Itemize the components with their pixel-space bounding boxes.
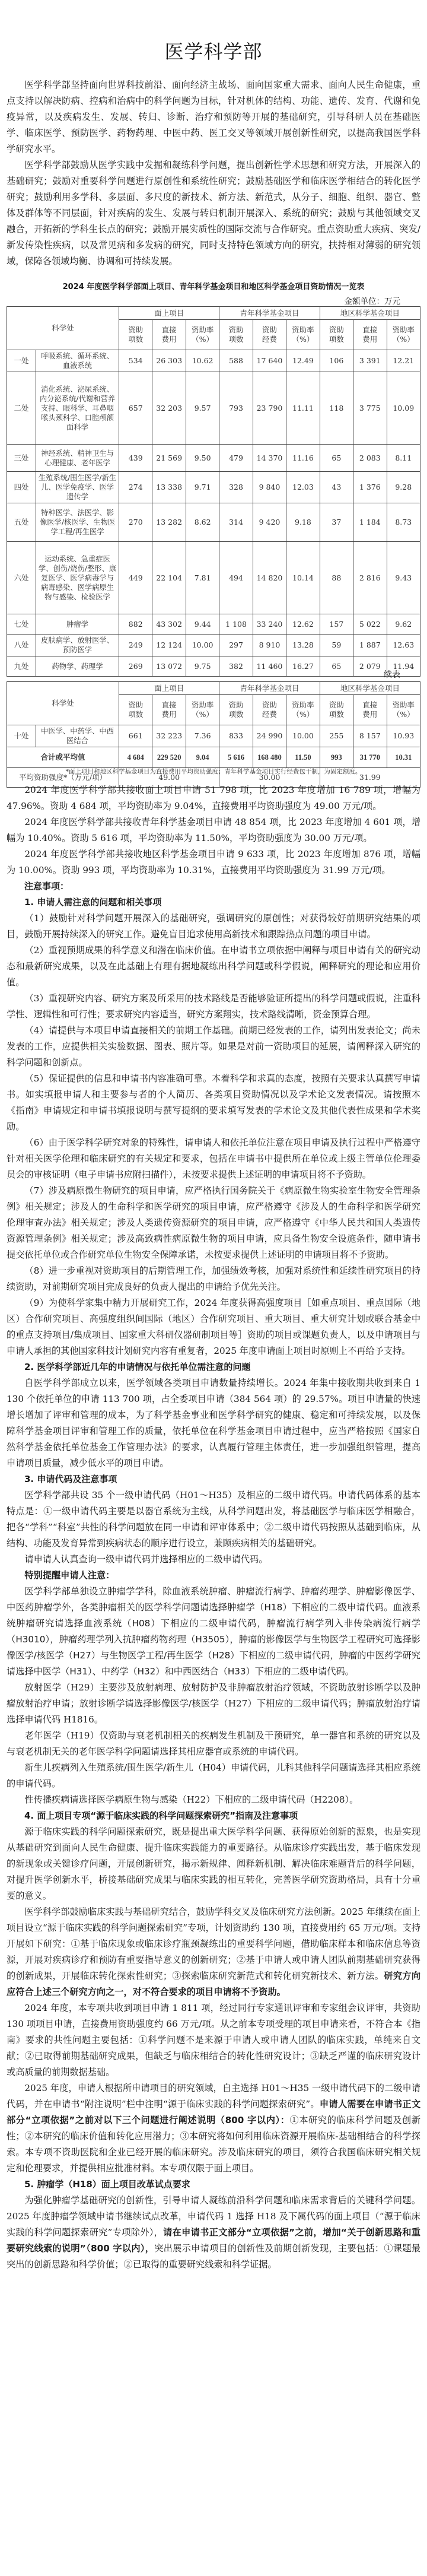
value-cell: 12.21 bbox=[387, 350, 420, 372]
page-title: 医学科学部 bbox=[7, 37, 420, 64]
value-cell: 439 bbox=[119, 445, 152, 472]
value-cell: 23 790 bbox=[253, 372, 286, 445]
section3-paragraph: 医学科学部共设 35 个一级申请代码（H01～H35）及相应的二级申请代码。申请… bbox=[7, 1487, 420, 1552]
section3-paragraph: 请申请人认真查询一级申请代码并选择相应的二级申请代码。 bbox=[7, 1552, 420, 1568]
value-cell: 32 223 bbox=[152, 725, 186, 747]
subheader: 直接费用 bbox=[353, 320, 387, 350]
value-cell: 9.50 bbox=[186, 445, 219, 472]
value-cell: 11.16 bbox=[286, 445, 320, 472]
value-cell: 11 460 bbox=[253, 656, 286, 677]
value-cell: 274 bbox=[119, 472, 152, 503]
value-cell: 269 bbox=[119, 656, 152, 677]
section3-paragraph: 放射医学（H29）主要涉及放射病理、放射防护及非肿瘤放射治疗领域，不资助放射诊断… bbox=[7, 1680, 420, 1728]
value-cell: 9.62 bbox=[387, 614, 420, 635]
total-row: 合计或平均值 4 684 229 520 9.04 5 616 168 480 … bbox=[7, 747, 420, 768]
section3-paragraph: 性传播疾病请选择医学病原生物与感染（H22）下相应的二级申请代码（H2208）。 bbox=[7, 1792, 420, 1808]
division-cell: 五处 bbox=[7, 503, 36, 542]
section1-item: （6）由于医学科学研究对象的特殊性，请申请人和依托单位注意在项目申请及执行过程中… bbox=[7, 1135, 420, 1183]
value-cell: 249 bbox=[119, 635, 152, 656]
section3-oncology-note: 医学科学部单独设立肿瘤学学科，除血液系统肿瘤、肿瘤流行病学、肿瘤药理学、肿瘤影像… bbox=[7, 1584, 420, 1680]
value-cell: 1 108 bbox=[219, 614, 253, 635]
areas-cell: 皮肤病学、放射医学、预防医学 bbox=[36, 635, 119, 656]
value-cell: 10.62 bbox=[186, 350, 219, 372]
value-cell: 833 bbox=[219, 725, 253, 747]
value-cell: 270 bbox=[119, 503, 152, 542]
value-cell: 1 184 bbox=[353, 503, 387, 542]
value-cell: 43 bbox=[320, 472, 353, 503]
value-cell: 7.36 bbox=[186, 725, 219, 747]
table-row: 一处呼吸系统、循环系统、血液系统53426 30310.6258817 6401… bbox=[7, 350, 420, 372]
notes-heading: 注意事项： bbox=[7, 878, 420, 894]
value-cell: 13 338 bbox=[152, 472, 186, 503]
subheader: 资助项数 bbox=[119, 695, 152, 725]
subheader: 直接费用 bbox=[152, 320, 186, 350]
total-label: 合计或平均值 bbox=[7, 747, 119, 768]
table-unit: 金额单位：万元 bbox=[345, 294, 401, 306]
table-caption: 2024 年度医学科学部面上项目、青年科学基金项目和地区科学基金项目资助情况一览… bbox=[7, 280, 420, 291]
value-cell: 12.62 bbox=[286, 614, 320, 635]
section3-paragraph: 新生儿疾病列入生殖系统/围生医学/新生儿（H04）申请代码，儿科其他科学问题请选… bbox=[7, 1760, 420, 1792]
value-cell: 14 820 bbox=[253, 542, 286, 614]
value-cell: 9 420 bbox=[253, 503, 286, 542]
value-cell: 9 840 bbox=[253, 472, 286, 503]
value-cell: 449 bbox=[119, 542, 152, 614]
subheader: 资助项数 bbox=[320, 695, 353, 725]
value-cell: 33 240 bbox=[253, 614, 286, 635]
value-cell: 793 bbox=[219, 372, 253, 445]
section1-item: （9）为使科学家集中精力开展研究工作，2024 年度获得高强度项目［如重点项目、… bbox=[7, 1295, 420, 1359]
value-cell: 24 990 bbox=[253, 725, 286, 747]
section1-item: （3）重视研究内容、研究方案及所采用的技术路线是否能够验证所提出的科学问题或假说… bbox=[7, 991, 420, 1023]
section2-text: 自医学科学部成立以来，医学领域各类项目申请数量持续增长。2024 年集中接收期共… bbox=[7, 1375, 420, 1471]
header-division: 科学处 bbox=[7, 307, 119, 350]
table-row: 四处生殖系统/围生医学/新生儿、医学免疫学、医学遗传学27413 3389.71… bbox=[7, 472, 420, 503]
value-cell: 1 376 bbox=[353, 472, 387, 503]
value-cell: 13.28 bbox=[286, 635, 320, 656]
division-cell: 四处 bbox=[7, 472, 36, 503]
section4-paragraph: 2024 年度，本专项共收到项目申请 1 811 项，经过同行专家通讯评审和专家… bbox=[7, 2000, 420, 2080]
value-cell: 13 282 bbox=[152, 503, 186, 542]
value-cell: 479 bbox=[219, 445, 253, 472]
section1-item: （2）重视预期成果的科学意义和潜在临床价值。在申请书立项依据中阐释与项目申请有关… bbox=[7, 943, 420, 991]
value-cell: 494 bbox=[219, 542, 253, 614]
intro-paragraph-1: 医学科学部坚持面向世界科技前沿、面向经济主战场、面向国家重大需求、面向人民生命健… bbox=[7, 77, 420, 157]
areas-cell: 特种医学、法医学、影像医学/核医学、生物医学工程/再生医学 bbox=[36, 503, 119, 542]
value-cell: 297 bbox=[219, 635, 253, 656]
section1-item: （8）进一步重视对资助项目的后期管理工作，加强绩效考核，加强对系统性和延续性研究… bbox=[7, 1263, 420, 1295]
section5-heading: 5. 肿瘤学（H18）面上项目改革试点要求 bbox=[7, 2177, 420, 2193]
subheader: 资助率（%） bbox=[387, 695, 420, 725]
header-division: 科学处 bbox=[7, 682, 119, 725]
value-cell: 14 370 bbox=[253, 445, 286, 472]
section4-paragraph: 2025 年度，申请人根据所申请项目的研究领域，自主选择 H01～H35 一级申… bbox=[7, 2080, 420, 2177]
value-cell: 11.11 bbox=[286, 372, 320, 445]
value-cell: 10.93 bbox=[387, 725, 420, 747]
value-cell: 657 bbox=[119, 372, 152, 445]
value-cell: 5 022 bbox=[353, 614, 387, 635]
continued-label: 续表 bbox=[384, 668, 400, 680]
value-cell: 10.00 bbox=[286, 725, 320, 747]
subheader: 资助率（%） bbox=[186, 695, 219, 725]
value-cell: 9.18 bbox=[286, 503, 320, 542]
value-cell: 8.11 bbox=[387, 445, 420, 472]
table-body-continued: 十处中医学、中药学、中西医结合66132 2237.3683324 99010.… bbox=[7, 725, 420, 747]
areas-cell: 神经系统、精神卫生与心理健康、老年医学 bbox=[36, 445, 119, 472]
value-cell: 10.14 bbox=[286, 542, 320, 614]
value-cell: 3 775 bbox=[353, 372, 387, 445]
value-cell: 13 072 bbox=[152, 656, 186, 677]
table-footnote: *面上项目和地区科学基金项目为直接费用平均资助强度；青年科学基金项目实行经费包干… bbox=[7, 767, 420, 776]
value-cell: 88 bbox=[320, 542, 353, 614]
header-group-general: 面上项目 bbox=[119, 682, 219, 695]
table-row: 五处特种医学、法医学、影像医学/核医学、生物医学工程/再生医学27013 282… bbox=[7, 503, 420, 542]
division-cell: 六处 bbox=[7, 542, 36, 614]
value-cell: 12.63 bbox=[387, 635, 420, 656]
areas-cell: 药物学、药理学 bbox=[36, 656, 119, 677]
value-cell: 59 bbox=[320, 635, 353, 656]
subheader: 资助率（%） bbox=[286, 695, 320, 725]
header-group-regional: 地区科学基金项目 bbox=[320, 307, 420, 320]
value-cell: 157 bbox=[320, 614, 353, 635]
areas-cell: 消化系统、泌尿系统、内分泌系统/代谢和营养支持、眼科学、耳鼻咽喉头颈科学、口腔颅… bbox=[36, 372, 119, 445]
subheader: 资助率（%） bbox=[186, 320, 219, 350]
value-cell: 17 640 bbox=[253, 350, 286, 372]
subheader: 资助经费 bbox=[253, 695, 286, 725]
section3-paragraph: 老年医学（H19）仅资助与衰老机制相关的疾病发生机制及干预研究，单一器官和系统的… bbox=[7, 1728, 420, 1760]
value-cell: 328 bbox=[219, 472, 253, 503]
value-cell: 534 bbox=[119, 350, 152, 372]
value-cell: 2 816 bbox=[353, 542, 387, 614]
value-cell: 37 bbox=[320, 503, 353, 542]
value-cell: 10.09 bbox=[387, 372, 420, 445]
value-cell: 255 bbox=[320, 725, 353, 747]
value-cell: 2 079 bbox=[353, 656, 387, 677]
value-cell: 9.44 bbox=[186, 614, 219, 635]
division-cell: 八处 bbox=[7, 635, 36, 656]
areas-cell: 运动系统、急重症医学、创伤/烧伤/整形、康复医学、医学病毒学与病毒感染、医学病原… bbox=[36, 542, 119, 614]
table-row: 十处中医学、中药学、中西医结合66132 2237.3683324 99010.… bbox=[7, 725, 420, 747]
areas-cell: 生殖系统/围生医学/新生儿、医学免疫学、医学遗传学 bbox=[36, 472, 119, 503]
header-group-youth: 青年科学基金项目 bbox=[219, 682, 320, 695]
value-cell: 65 bbox=[320, 656, 353, 677]
value-cell: 588 bbox=[219, 350, 253, 372]
division-cell: 九处 bbox=[7, 656, 36, 677]
section1-item: （5）保证提供的信息和申请书内容准确可靠。本着科学和求真的态度，按照有关要求认真… bbox=[7, 1071, 420, 1135]
subheader: 资助率（%） bbox=[387, 320, 420, 350]
section3-heading: 3. 申请代码及注意事项 bbox=[7, 1471, 420, 1487]
stats-general: 2024 年度医学科学部共接收面上项目申请 51 798 项，比 2023 年度… bbox=[7, 782, 420, 814]
subheader: 资助项数 bbox=[320, 320, 353, 350]
section1-item: （1）鼓励针对科学问题开展深入的基础研究，强调研究的原创性；对获得较好前期研究结… bbox=[7, 911, 420, 943]
stats-regional: 2024 年度医学科学部共接收地区科学基金项目申请 9 633 项，比 2023… bbox=[7, 846, 420, 878]
header-group-youth: 青年科学基金项目 bbox=[219, 307, 320, 320]
value-cell: 21 569 bbox=[152, 445, 186, 472]
division-cell: 一处 bbox=[7, 350, 36, 372]
header-group-general: 面上项目 bbox=[119, 307, 219, 320]
section4-heading: 4. 面上项目专项“源于临床实践的科学问题探索研究”指南及注意事项 bbox=[7, 1808, 420, 1824]
value-cell: 9.28 bbox=[387, 472, 420, 503]
division-cell: 三处 bbox=[7, 445, 36, 472]
subheader: 直接费用 bbox=[152, 695, 186, 725]
table-row: 二处消化系统、泌尿系统、内分泌系统/代谢和营养支持、眼科学、耳鼻咽喉头颈科学、口… bbox=[7, 372, 420, 445]
value-cell: 8.62 bbox=[186, 503, 219, 542]
value-cell: 314 bbox=[219, 503, 253, 542]
value-cell: 65 bbox=[320, 445, 353, 472]
section1-item: （4）请提供与本项目申请直接相关的前期工作基础。前期已经发表的工作，请列出发表论… bbox=[7, 1023, 420, 1071]
section3-reminder-heading: 特别提醒申请人注意： bbox=[7, 1568, 420, 1584]
intro-section: 医学科学部坚持面向世界科技前沿、面向经济主战场、面向国家重大需求、面向人民生命健… bbox=[7, 77, 420, 269]
value-cell: 382 bbox=[219, 656, 253, 677]
value-cell: 12.49 bbox=[286, 350, 320, 372]
value-cell: 8.73 bbox=[387, 503, 420, 542]
division-cell: 十处 bbox=[7, 725, 36, 747]
value-cell: 882 bbox=[119, 614, 152, 635]
value-cell: 32 203 bbox=[152, 372, 186, 445]
value-cell: 1 887 bbox=[353, 635, 387, 656]
areas-cell: 呼吸系统、循环系统、血液系统 bbox=[36, 350, 119, 372]
subheader: 资助项数 bbox=[219, 320, 253, 350]
table-row: 六处运动系统、急重症医学、创伤/烧伤/整形、康复医学、医学病毒学与病毒感染、医学… bbox=[7, 542, 420, 614]
subheader: 资助项数 bbox=[119, 320, 152, 350]
value-cell: 118 bbox=[320, 372, 353, 445]
value-cell: 22 104 bbox=[152, 542, 186, 614]
subheader: 直接费用 bbox=[353, 695, 387, 725]
table-row: 七处肿瘤学88243 3029.441 10833 24012.621575 0… bbox=[7, 614, 420, 635]
value-cell: 12.03 bbox=[286, 472, 320, 503]
value-cell: 9.43 bbox=[387, 542, 420, 614]
value-cell: 661 bbox=[119, 725, 152, 747]
table-row: 九处药物学、药理学26913 0729.7538211 46016.27652 … bbox=[7, 656, 420, 677]
table-row: 三处神经系统、精神卫生与心理健康、老年医学43921 5699.5047914 … bbox=[7, 445, 420, 472]
subheader: 资助项数 bbox=[219, 695, 253, 725]
value-cell: 43 302 bbox=[152, 614, 186, 635]
table-body: 一处呼吸系统、循环系统、血液系统53426 30310.6258817 6401… bbox=[7, 350, 420, 677]
subheader: 资助率（%） bbox=[286, 320, 320, 350]
value-cell: 106 bbox=[320, 350, 353, 372]
section5-paragraph: 为强化肿瘤学基础研究的创新性，引导申请人凝练前沿科学问题和临床需求背后的关键科学… bbox=[7, 2193, 420, 2273]
value-cell: 9.57 bbox=[186, 372, 219, 445]
value-cell: 3 391 bbox=[353, 350, 387, 372]
value-cell: 10.00 bbox=[186, 635, 219, 656]
table-row: 八处皮肤病学、放射医学、预防医学24912 12410.002978 91013… bbox=[7, 635, 420, 656]
value-cell: 12 124 bbox=[152, 635, 186, 656]
division-cell: 二处 bbox=[7, 372, 36, 445]
areas-cell: 中医学、中药学、中西医结合 bbox=[36, 725, 119, 747]
stats-youth: 2024 年度医学科学部共接收青年科学基金项目申请 48 854 项，比 202… bbox=[7, 814, 420, 846]
value-cell: 9.71 bbox=[186, 472, 219, 503]
value-cell: 8 157 bbox=[353, 725, 387, 747]
subheader: 资助经费 bbox=[253, 320, 286, 350]
areas-cell: 肿瘤学 bbox=[36, 614, 119, 635]
value-cell: 2 083 bbox=[353, 445, 387, 472]
section1-item: （7）涉及病原微生物研究的项目申请，应严格执行国务院关于《病原微生物实验室生物安… bbox=[7, 1183, 420, 1263]
body-text: 2024 年度医学科学部共接收面上项目申请 51 798 项，比 2023 年度… bbox=[7, 782, 420, 2273]
value-cell: 9.75 bbox=[186, 656, 219, 677]
funding-table: 科学处 面上项目 青年科学基金项目 地区科学基金项目 资助项数 直接费用 资助率… bbox=[7, 306, 420, 677]
section4-paragraph: 源于临床实践的科学问题探索研究，既是提出重大医学科学问题、获得原始创新的源泉，也… bbox=[7, 1824, 420, 1904]
intro-paragraph-2: 医学科学部鼓励从医学实践中发掘和凝练科学问题，提出创新性学术思想和研究方法，开展… bbox=[7, 157, 420, 269]
section2-heading: 2. 医学科学部近几年的申请情况与依托单位需注意的问题 bbox=[7, 1359, 420, 1375]
division-cell: 七处 bbox=[7, 614, 36, 635]
section4-paragraph: 医学科学部鼓励临床实践与基础研究结合，鼓励学科交叉及临床研究方法创新。2025 … bbox=[7, 1904, 420, 2000]
value-cell: 16.27 bbox=[286, 656, 320, 677]
value-cell: 8 910 bbox=[253, 635, 286, 656]
header-group-regional: 地区科学基金项目 bbox=[320, 682, 420, 695]
value-cell: 7.81 bbox=[186, 542, 219, 614]
value-cell: 26 303 bbox=[152, 350, 186, 372]
section1-heading: 1. 申请人需注意的问题和相关事项 bbox=[7, 894, 420, 911]
